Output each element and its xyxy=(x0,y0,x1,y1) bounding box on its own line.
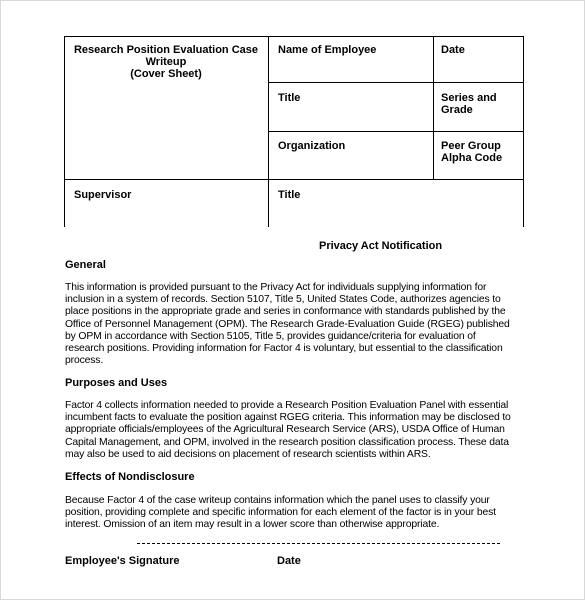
cover-sheet-table: Research Position Evaluation Case Writeu… xyxy=(64,36,524,227)
text-line: Factor 4 collects information needed to … xyxy=(65,400,535,412)
supervisor-label: Supervisor xyxy=(74,189,131,201)
text-line: may also be used to aid decisions on pla… xyxy=(65,449,535,461)
title-line: (Cover Sheet) xyxy=(66,68,266,80)
signature-date-label: Date xyxy=(277,555,301,567)
label-line: Series and xyxy=(441,92,497,104)
purposes-heading: Purposes and Uses xyxy=(65,377,167,389)
privacy-act-heading: Privacy Act Notification xyxy=(319,240,442,252)
supervisor-title-label: Title xyxy=(278,189,300,201)
text-line: by OPM in accordance with Section 5105, … xyxy=(65,331,535,343)
text-line: This information is provided pursuant to… xyxy=(65,282,535,294)
text-line: position, providing complete and specifi… xyxy=(65,507,535,519)
text-line: inclusion in a system of records. Sectio… xyxy=(65,294,535,306)
name-of-employee-label: Name of Employee xyxy=(278,44,376,56)
employee-signature-label: Employee's Signature xyxy=(65,555,180,567)
cover-sheet-title: Research Position Evaluation Case Writeu… xyxy=(66,44,266,80)
text-line: appropriate officials/employees of the A… xyxy=(65,424,535,436)
peer-group-alpha-code-label: Peer Group Alpha Code xyxy=(441,140,502,164)
title-line: Writeup xyxy=(66,56,266,68)
label-line: Peer Group xyxy=(441,140,502,152)
title-label: Title xyxy=(278,92,300,104)
purposes-paragraph: Factor 4 collects information needed to … xyxy=(65,400,535,461)
general-heading: General xyxy=(65,259,106,271)
title-line: Research Position Evaluation Case xyxy=(66,44,266,56)
text-line: Office of Personnel Management (OPM). Th… xyxy=(65,319,535,331)
text-line: incumbent facts to evaluate the position… xyxy=(65,412,535,424)
table-row-divider xyxy=(268,82,524,83)
table-border-top xyxy=(64,36,524,37)
nondisclosure-paragraph: Because Factor 4 of the case writeup con… xyxy=(65,495,535,532)
organization-label: Organization xyxy=(278,140,345,152)
table-column-divider xyxy=(433,36,434,180)
label-line: Alpha Code xyxy=(441,152,502,164)
nondisclosure-heading: Effects of Nondisclosure xyxy=(65,471,195,483)
table-row-divider xyxy=(268,131,524,132)
text-line: Because Factor 4 of the case writeup con… xyxy=(65,495,535,507)
document-page: Research Position Evaluation Case Writeu… xyxy=(0,0,585,600)
text-line: Capital Management, and OPM, involved in… xyxy=(65,437,535,449)
label-line: Grade xyxy=(441,104,497,116)
text-line: interest. Omission of an item may result… xyxy=(65,519,535,531)
signature-line xyxy=(137,543,500,544)
series-and-grade-label: Series and Grade xyxy=(441,92,497,116)
table-row-divider xyxy=(64,179,524,180)
text-line: place positions in the appropriate grade… xyxy=(65,306,535,318)
text-line: research positions. Providing informatio… xyxy=(65,343,535,355)
text-line: process. xyxy=(65,355,535,367)
date-label: Date xyxy=(441,44,465,56)
general-paragraph: This information is provided pursuant to… xyxy=(65,282,535,367)
table-border-left xyxy=(64,36,65,227)
